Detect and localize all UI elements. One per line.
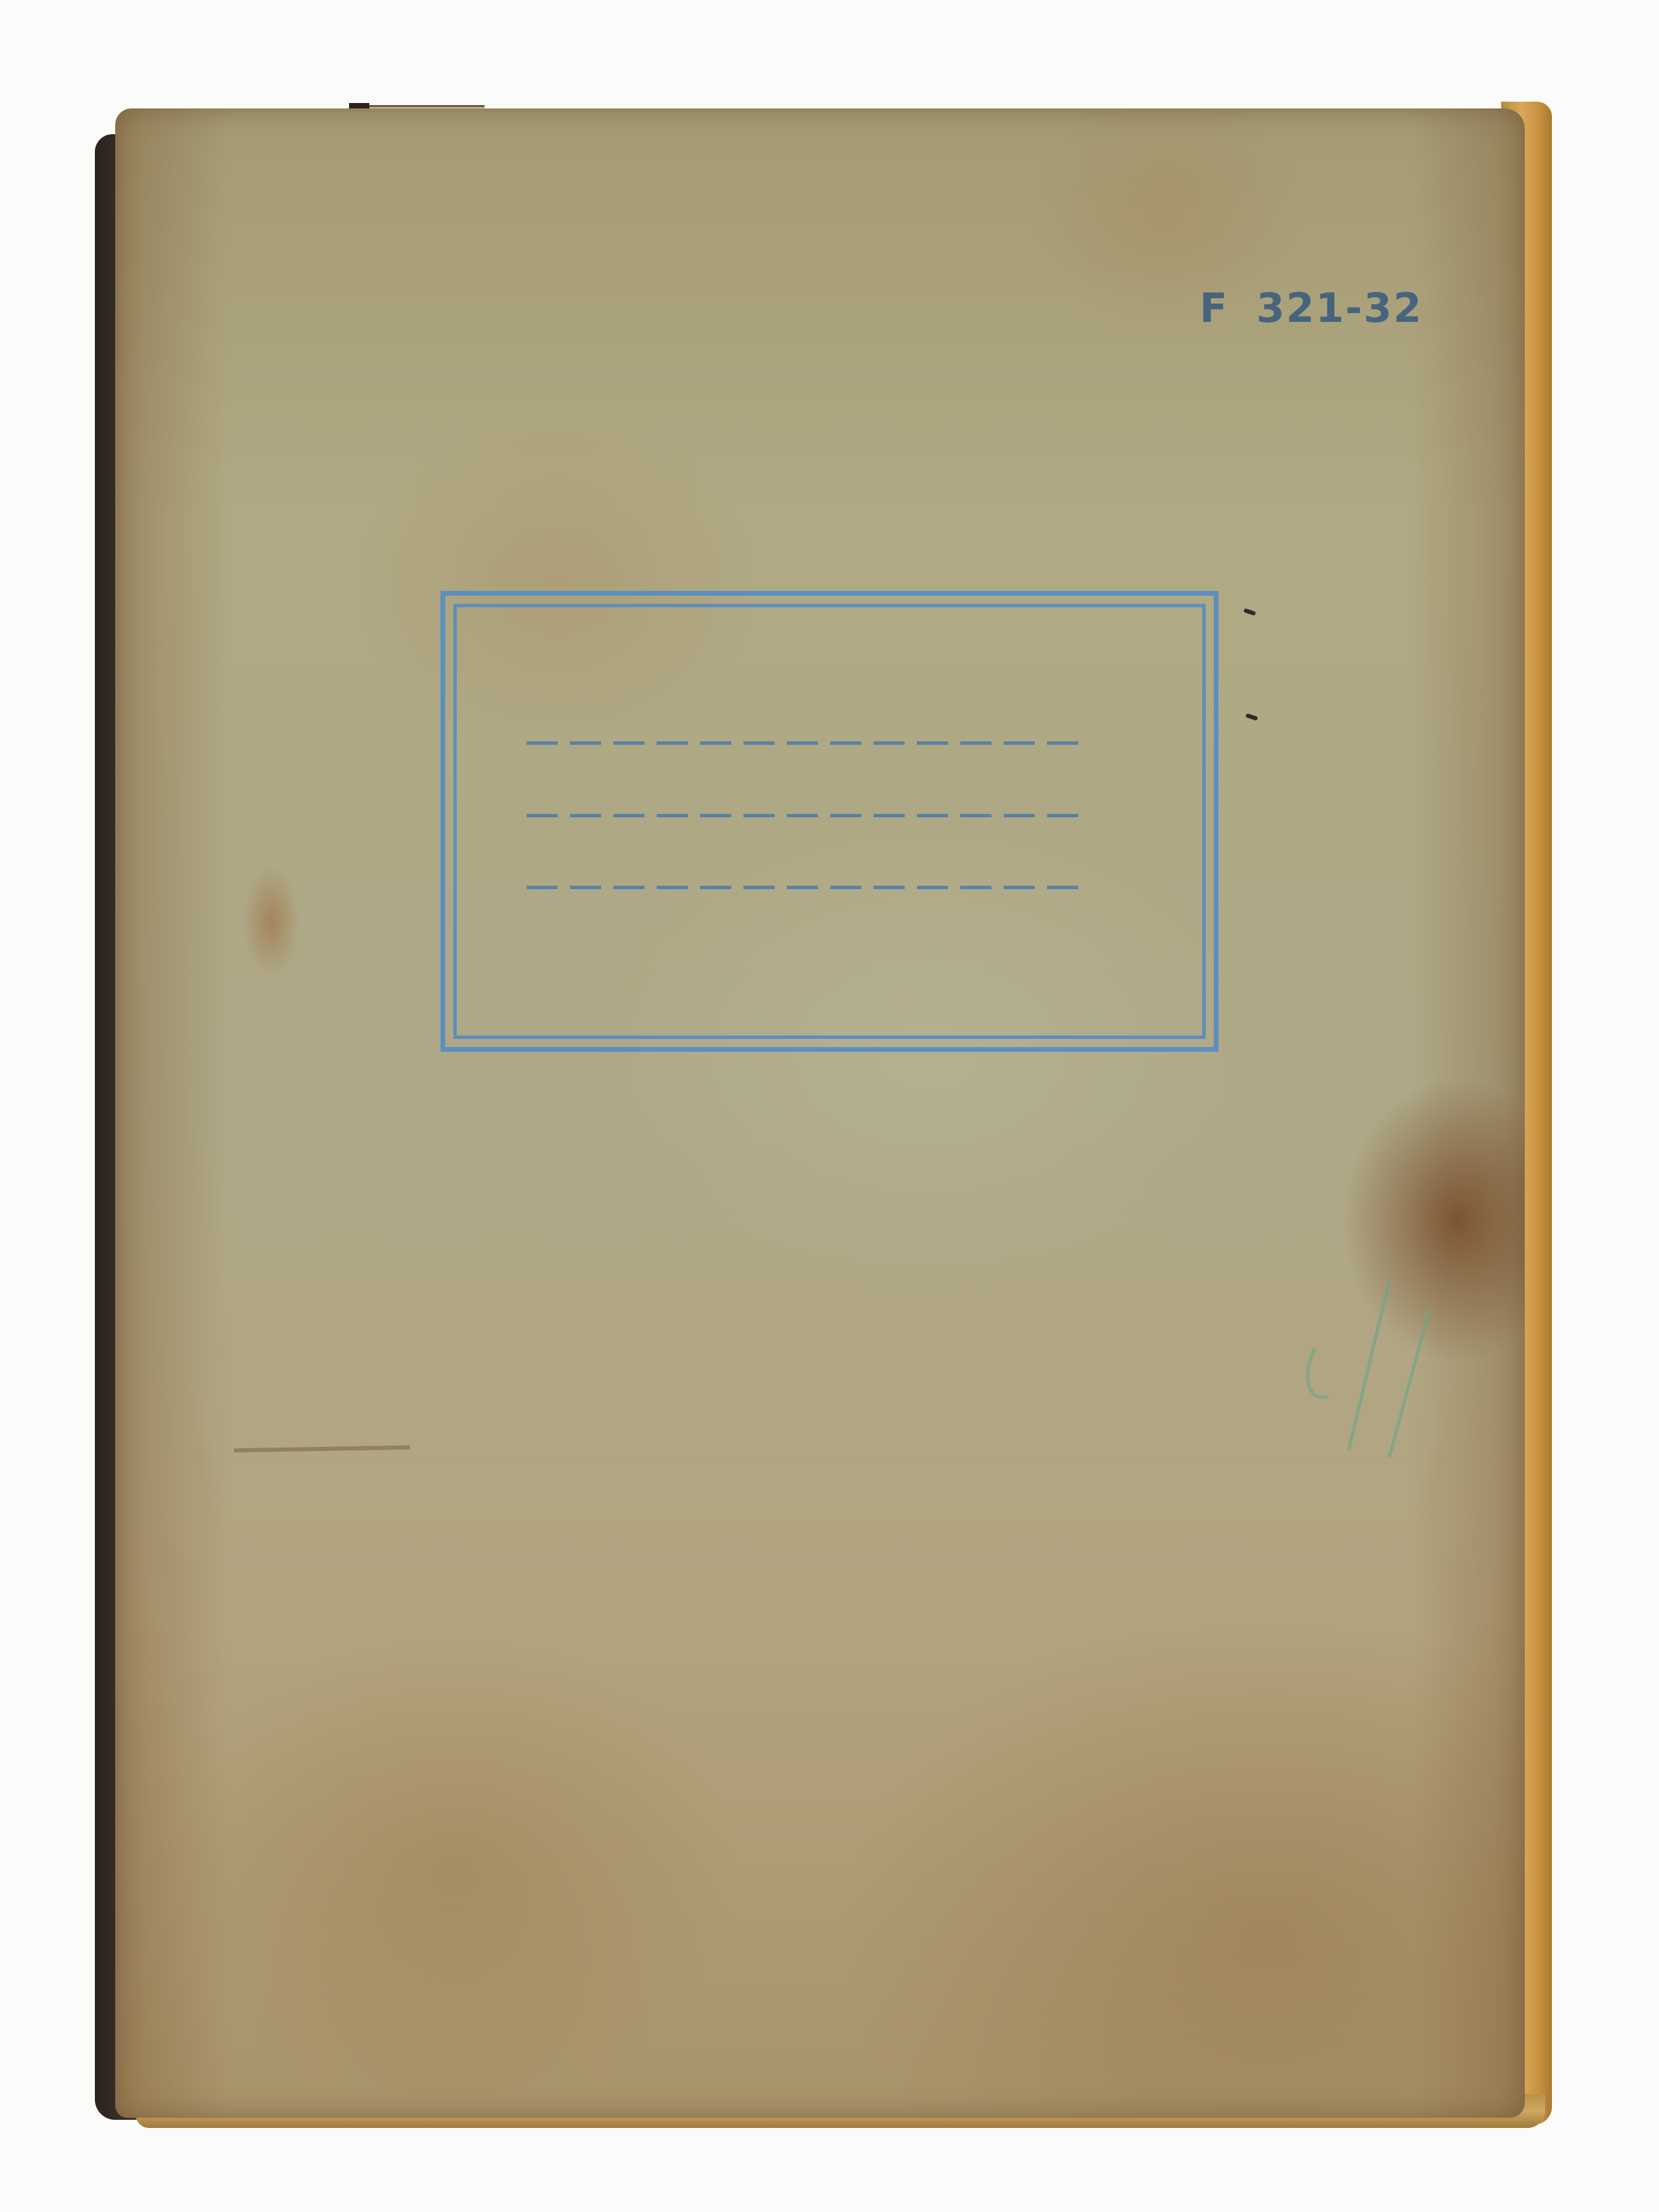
pencil-scribble	[1288, 1267, 1464, 1471]
label-line-1	[527, 741, 1089, 745]
code-stamp: F 321-32	[1200, 285, 1423, 332]
label-box-inner-border	[453, 604, 1206, 1039]
label-box	[441, 591, 1218, 1052]
notebook-cover	[115, 108, 1525, 2118]
cover-crease	[234, 1446, 410, 1453]
label-line-3	[527, 886, 1089, 889]
label-line-2	[527, 814, 1089, 817]
photo-scene: F 321-32	[0, 0, 1659, 2212]
